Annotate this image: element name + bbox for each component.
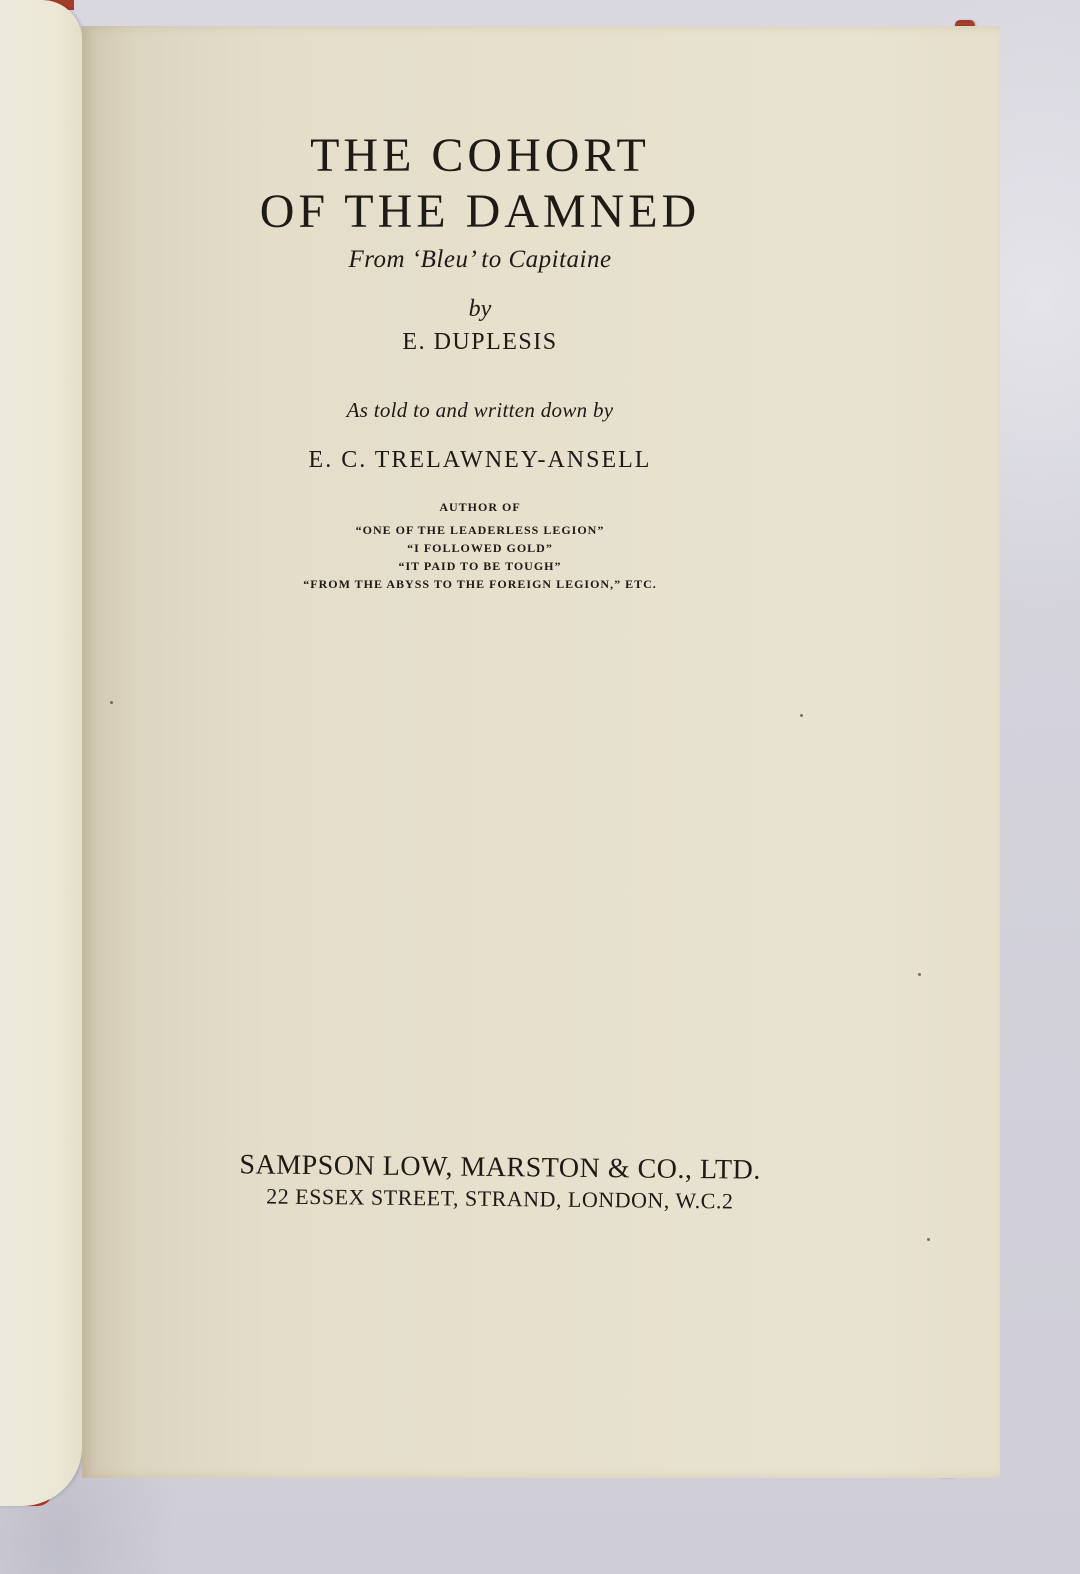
other-work-item: “ONE OF THE LEADERLESS LEGION”	[0, 521, 960, 539]
other-works-list: “ONE OF THE LEADERLESS LEGION” “I FOLLOW…	[0, 521, 960, 593]
as-told-label: As told to and written down by	[0, 398, 960, 423]
paper-speck	[918, 973, 921, 976]
other-work-item: “IT PAID TO BE TOUGH”	[0, 557, 960, 575]
publisher-block: SAMPSON LOW, MARSTON & CO., LTD. 22 ESSE…	[0, 1147, 1000, 1217]
book-subtitle: From ‘Bleu’ to Capitaine	[0, 246, 960, 274]
paper-speck	[927, 1238, 930, 1241]
book-title-line-2: OF THE DAMNED	[0, 184, 960, 240]
paper-speck	[110, 701, 113, 704]
other-work-item: “FROM THE ABYSS TO THE FOREIGN LEGION,” …	[0, 575, 960, 593]
book-title-line-1: THE COHORT	[0, 128, 960, 184]
ghostwriter-name: E. C. TRELAWNEY-ANSELL	[0, 447, 960, 474]
paper-speck	[800, 714, 803, 717]
other-work-item: “I FOLLOWED GOLD”	[0, 539, 960, 557]
author-of-label: AUTHOR OF	[0, 500, 960, 515]
title-block: THE COHORT OF THE DAMNED From ‘Bleu’ to …	[0, 128, 960, 593]
by-label: by	[0, 296, 960, 323]
author-name: E. DUPLESIS	[0, 329, 960, 356]
